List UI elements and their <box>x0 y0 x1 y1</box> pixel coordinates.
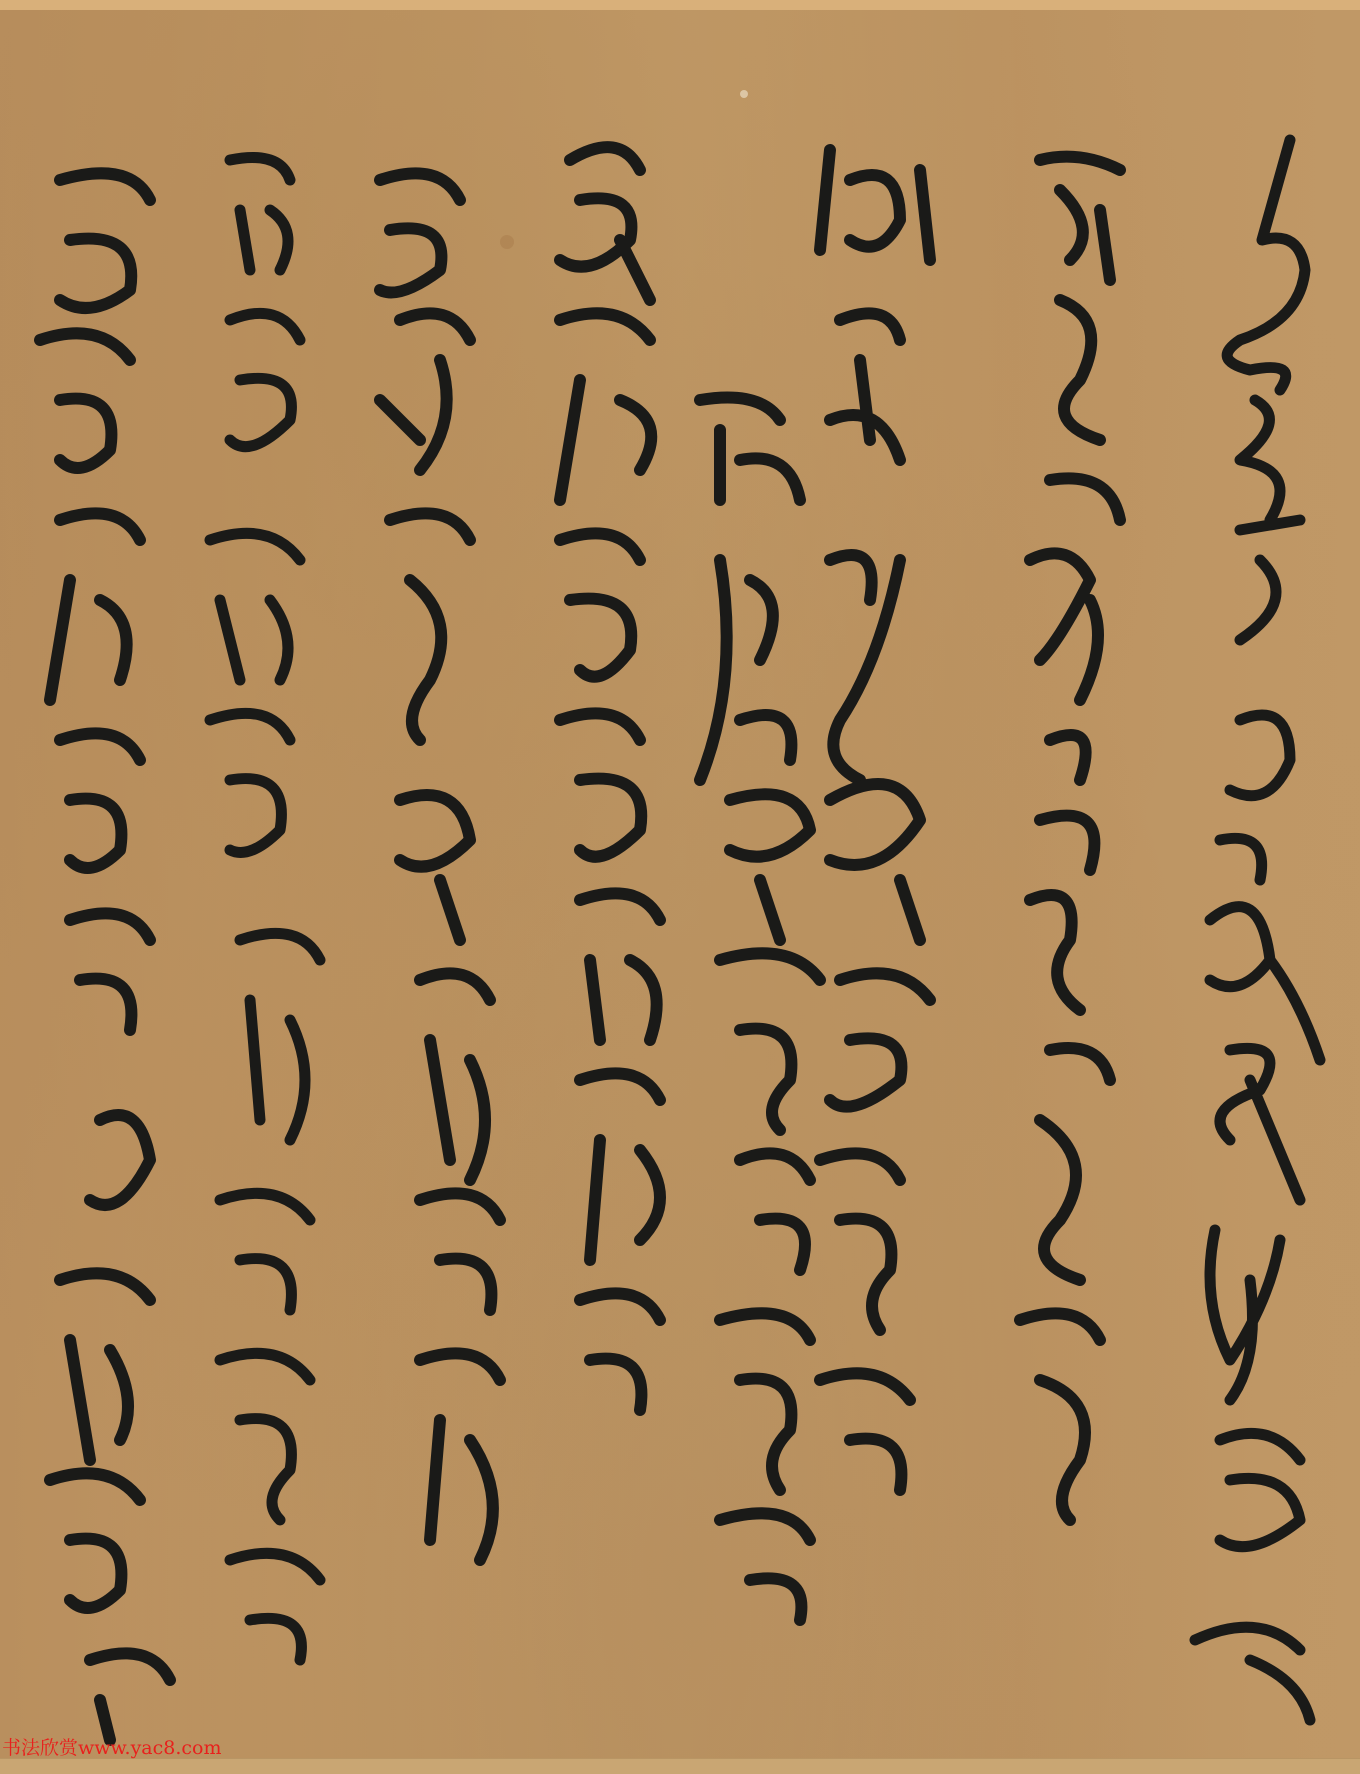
column-6 <box>380 173 500 1560</box>
scroll-mount-bottom <box>0 1758 1360 1774</box>
column-4 <box>700 398 820 1621</box>
column-1 <box>1195 140 1320 1720</box>
column-8 <box>40 173 170 1740</box>
calligraphy-ink-strokes <box>0 0 1360 1774</box>
column-3 <box>820 150 930 1490</box>
watermark-text: 书法欣赏www.yac8.com <box>2 1733 222 1760</box>
column-2 <box>1020 157 1120 1520</box>
column-7 <box>210 158 320 1661</box>
column-5 <box>560 147 660 1410</box>
